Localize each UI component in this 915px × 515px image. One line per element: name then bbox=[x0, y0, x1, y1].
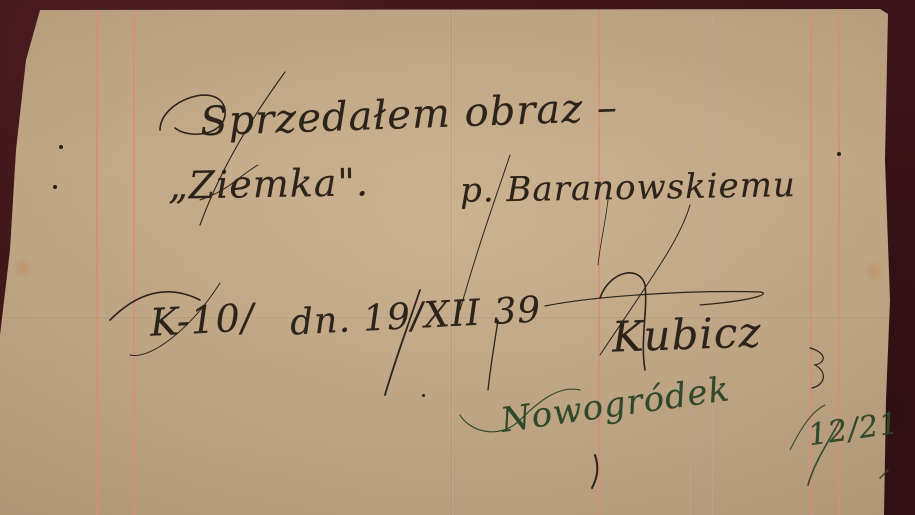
pen-flourishes bbox=[0, 0, 915, 515]
painting-title: „Ziemka". bbox=[168, 160, 370, 208]
buyer-name: p. Baranowskiemu bbox=[460, 165, 796, 211]
price: K-10/ bbox=[149, 295, 256, 344]
signature: Kubicz bbox=[611, 307, 762, 361]
